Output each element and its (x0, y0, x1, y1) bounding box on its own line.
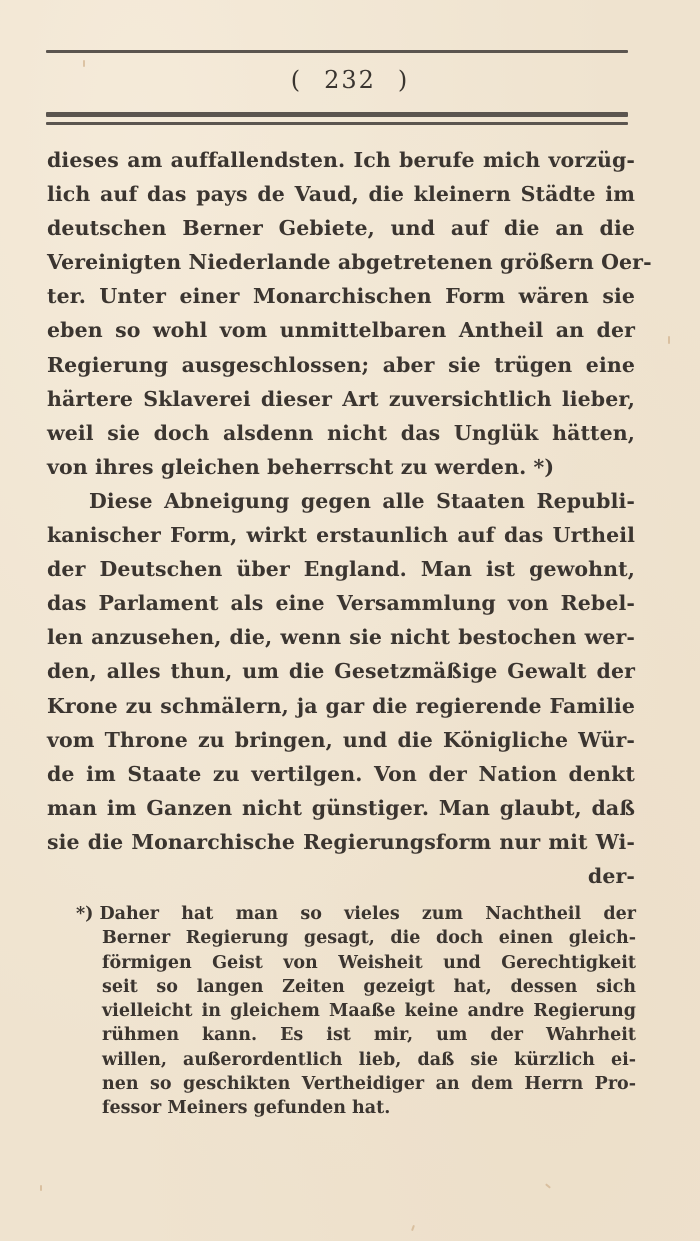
footnote-line-text: Daher hat man so vieles zum Nachtheil de… (99, 904, 636, 924)
footnote-line-first: *)Daher hat man so vieles zum Nachtheil … (76, 902, 636, 926)
body-line: weil sie doch alsdenn nicht das Unglük h… (47, 416, 635, 450)
body-line: len anzusehen, die, wenn sie nicht besto… (47, 620, 635, 654)
body-line: lich auf das pays de Vaud, die kleinern … (47, 177, 635, 211)
body-line: ter. Unter einer Monarchischen Form wäre… (47, 279, 635, 313)
page-number-value: 232 (324, 66, 376, 94)
paper-fiber (668, 336, 670, 344)
footnote-line: nen so geschikten Vertheidiger an dem He… (76, 1072, 636, 1096)
body-line: härtere Sklaverei dieser Art zuversichtl… (47, 382, 635, 416)
footnote-line: vielleicht in gleichem Maaße keine andre… (76, 999, 636, 1023)
body-text: dieses am auffallendsten. Ich berufe mic… (47, 143, 635, 893)
body-line: sie die Monarchische Regierungsform nur … (47, 825, 635, 859)
body-line: kanischer Form, wirkt erstaunlich auf da… (47, 518, 635, 552)
body-line: vom Throne zu bringen, und die Königlich… (47, 723, 635, 757)
body-line-paragraph-start: Diese Abneigung gegen alle Staaten Repub… (47, 484, 635, 518)
footnote-line: willen, außerordentlich lieb, daß sie kü… (76, 1048, 636, 1072)
footnote-line: Berner Regierung gesagt, die doch einen … (76, 926, 636, 950)
footnote-line-end: fessor Meiners gefunden hat. (76, 1096, 636, 1120)
body-line: dieses am auffallendsten. Ich berufe mic… (47, 143, 635, 177)
paper-fiber (40, 1185, 42, 1191)
catchword: der- (47, 859, 635, 893)
footnote-line: seit so langen Zeiten gezeigt hat, desse… (76, 975, 636, 999)
body-line: man im Ganzen nicht günstiger. Man glaub… (47, 791, 635, 825)
body-line: der Deutschen über England. Man ist gewo… (47, 552, 635, 586)
body-line: das Parlament als eine Versammlung von R… (47, 586, 635, 620)
body-line: deutschen Berner Gebiete, und auf die an… (47, 211, 635, 245)
body-line: eben so wohl vom unmittelbaren Antheil a… (47, 313, 635, 347)
book-page: (232) dieses am auffallendsten. Ich beru… (0, 0, 700, 1241)
paper-fiber (545, 1183, 551, 1188)
page-number: (232) (0, 66, 700, 94)
header-rule-top (46, 50, 628, 53)
body-line: de im Staate zu vertilgen. Von der Natio… (47, 757, 635, 791)
header-rule-double-thick (46, 112, 628, 117)
page-number-open-paren: ( (291, 66, 302, 94)
page-number-close-paren: ) (398, 66, 409, 94)
paper-fiber (411, 1225, 415, 1231)
body-line: Regierung ausgeschlossen; aber sie trüge… (47, 348, 635, 382)
footnote-marker: *) (76, 904, 93, 924)
footnote-line: rühmen kann. Es ist mir, um der Wahrheit (76, 1023, 636, 1047)
paper-fiber (83, 60, 85, 67)
body-line-paragraph-end: von ihres gleichen beherrscht zu werden.… (47, 450, 635, 484)
header-rule-double-thin (46, 122, 628, 125)
body-line: den, alles thun, um die Gesetzmäßige Gew… (47, 654, 635, 688)
body-line: Krone zu schmälern, ja gar die regierend… (47, 689, 635, 723)
footnote: *)Daher hat man so vieles zum Nachtheil … (76, 902, 636, 1121)
body-line: Vereinigten Niederlande abgetretenen grö… (47, 245, 635, 279)
footnote-line: förmigen Geist von Weisheit und Gerechti… (76, 951, 636, 975)
